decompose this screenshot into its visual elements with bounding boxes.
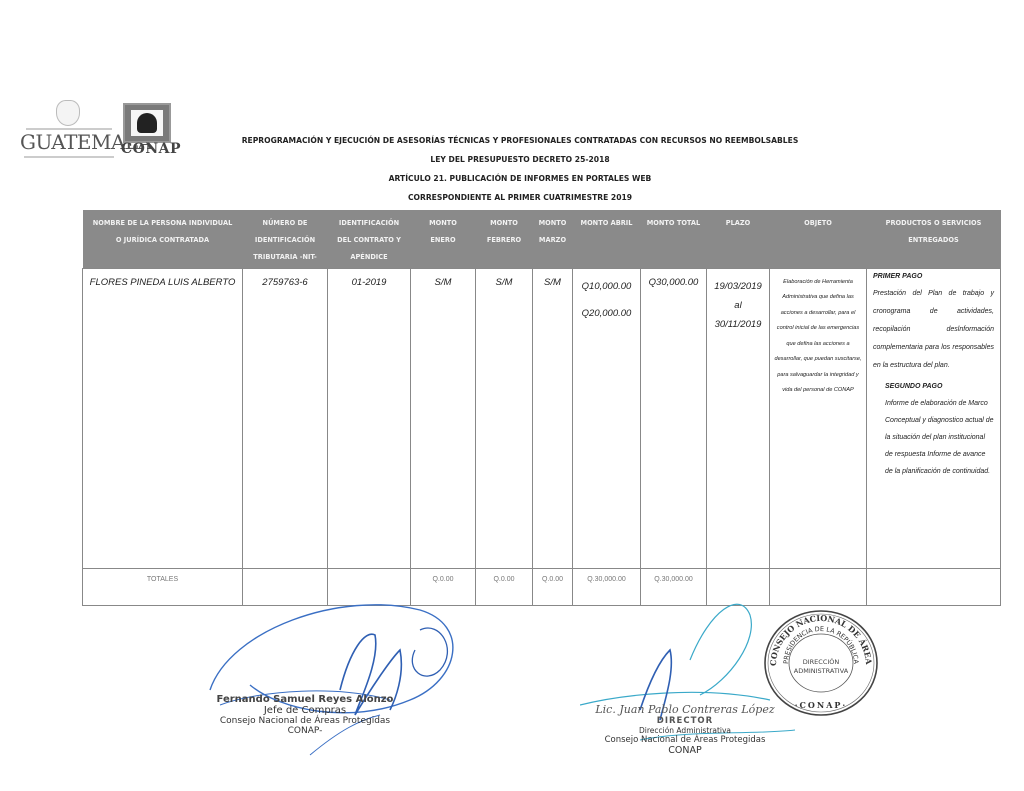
col-header-plazo: PLAZO	[707, 210, 770, 268]
official-seal: CONSEJO NACIONAL DE ÁREAS PROTEGIDAS PRE…	[762, 608, 880, 718]
seal-bottom-text: ·CONAP·	[795, 700, 847, 710]
table-header-row: NOMBRE DE LA PERSONA INDIVIDUALO JURÍDIC…	[83, 210, 1001, 268]
cell-enero: S/M	[411, 268, 476, 568]
totals-row: TOTALES Q.0.00 Q.0.00 Q.0.00 Q.30,000.00…	[83, 568, 1001, 605]
document-header: REPROGRAMACIÓN Y EJECUCIÓN DE ASESORÍAS …	[200, 131, 840, 207]
col-header-marzo: MONTOMARZO	[533, 210, 573, 268]
col-header-contrato: IDENTIFICACIÓNDEL CONTRATO YAPÉNDICE	[328, 210, 411, 268]
guatemala-logo: GUATEMALA	[18, 100, 118, 160]
coat-of-arms-icon	[56, 100, 80, 126]
totals-nit-empty	[243, 568, 328, 605]
cell-contrato: 01-2019	[328, 268, 411, 568]
conap-logo: CONAP	[121, 103, 179, 161]
col-header-nombre: NOMBRE DE LA PERSONA INDIVIDUALO JURÍDIC…	[83, 210, 243, 268]
totals-abril: Q.30,000.00	[573, 568, 641, 605]
signature-block-compras: Fernando Samuel Reyes Alonzo Jefe de Com…	[200, 694, 410, 736]
cell-febrero: S/M	[476, 268, 533, 568]
primer-pago-text: Prestación del Plan de trabajo y cronogr…	[873, 285, 994, 375]
totals-marzo: Q.0.00	[533, 568, 573, 605]
signer-name: Fernando Samuel Reyes Alonzo	[200, 694, 410, 705]
col-header-productos: PRODUCTOS O SERVICIOSENTREGADOS	[867, 210, 1001, 268]
plazo-end: 30/11/2019	[708, 315, 768, 334]
segundo-pago-text: Informe de elaboración de Marco Conceptu…	[873, 395, 994, 480]
cell-plazo: 19/03/2019 al 30/11/2019	[707, 268, 770, 568]
totals-contrato-empty	[328, 568, 411, 605]
abril-payment-2: Q20,000.00	[574, 304, 639, 323]
totals-total: Q.30,000.00	[641, 568, 707, 605]
logo-rule	[24, 156, 114, 158]
signer-org-abbr: CONAP-	[200, 726, 410, 736]
seal-stamp-icon: CONSEJO NACIONAL DE ÁREAS PROTEGIDAS PRE…	[762, 608, 880, 718]
col-header-objeto: OBJETO	[770, 210, 867, 268]
table-row: FLORES PINEDA LUIS ALBERTO 2759763-6 01-…	[83, 268, 1001, 568]
report-table: NOMBRE DE LA PERSONA INDIVIDUALO JURÍDIC…	[82, 210, 1001, 606]
cell-abril: Q10,000.00 Q20,000.00	[573, 268, 641, 568]
monkey-icon	[137, 113, 157, 133]
conap-wordmark: CONAP	[121, 141, 181, 157]
col-header-enero: MONTOENERO	[411, 210, 476, 268]
primer-pago-title: PRIMER PAGO	[873, 273, 994, 280]
document-subtitle-article: ARTÍCULO 21. PUBLICACIÓN DE INFORMES EN …	[200, 169, 840, 188]
totals-label: TOTALES	[83, 568, 243, 605]
col-header-abril: MONTO ABRIL	[573, 210, 641, 268]
cell-objeto: Elaboración de Herramienta Administrativ…	[770, 268, 867, 568]
totals-febrero: Q.0.00	[476, 568, 533, 605]
document-title: REPROGRAMACIÓN Y EJECUCIÓN DE ASESORÍAS …	[200, 131, 840, 150]
signer-org: Consejo Nacional de Áreas Protegidas	[575, 735, 795, 745]
document-subtitle-period: CORRESPONDIENTE AL PRIMER CUATRIMESTRE 2…	[200, 188, 840, 207]
totals-objeto-empty	[770, 568, 867, 605]
col-header-febrero: MONTOFEBRERO	[476, 210, 533, 268]
segundo-pago-title: SEGUNDO PAGO	[873, 383, 994, 390]
cell-nombre: FLORES PINEDA LUIS ALBERTO	[83, 268, 243, 568]
document-subtitle-law: LEY DEL PRESUPUESTO DECRETO 25-2018	[200, 150, 840, 169]
signer-org: Consejo Nacional de Áreas Protegidas	[200, 716, 410, 726]
cell-total: Q30,000.00	[641, 268, 707, 568]
cell-productos: PRIMER PAGO Prestación del Plan de traba…	[867, 268, 1001, 568]
plazo-sep: al	[708, 296, 768, 315]
signer-org-abbr: CONAP	[575, 745, 795, 756]
plazo-start: 19/03/2019	[708, 277, 768, 296]
col-header-nit: NÚMERO DEIDENTIFICACIÓNTRIBUTARIA -NIT-	[243, 210, 328, 268]
seal-center-line1: DIRECCIÓN	[803, 657, 840, 666]
cell-marzo: S/M	[533, 268, 573, 568]
cell-nit: 2759763-6	[243, 268, 328, 568]
abril-payment-1: Q10,000.00	[574, 277, 639, 296]
totals-productos-empty	[867, 568, 1001, 605]
totals-enero: Q.0.00	[411, 568, 476, 605]
col-header-total: MONTO TOTAL	[641, 210, 707, 268]
seal-center-line2: ADMINISTRATIVA	[794, 667, 849, 675]
totals-plazo-empty	[707, 568, 770, 605]
signer-role: Jefe de Compras	[200, 705, 410, 716]
signer-department: Dirección Administrativa	[575, 726, 795, 735]
conap-emblem	[123, 103, 171, 143]
